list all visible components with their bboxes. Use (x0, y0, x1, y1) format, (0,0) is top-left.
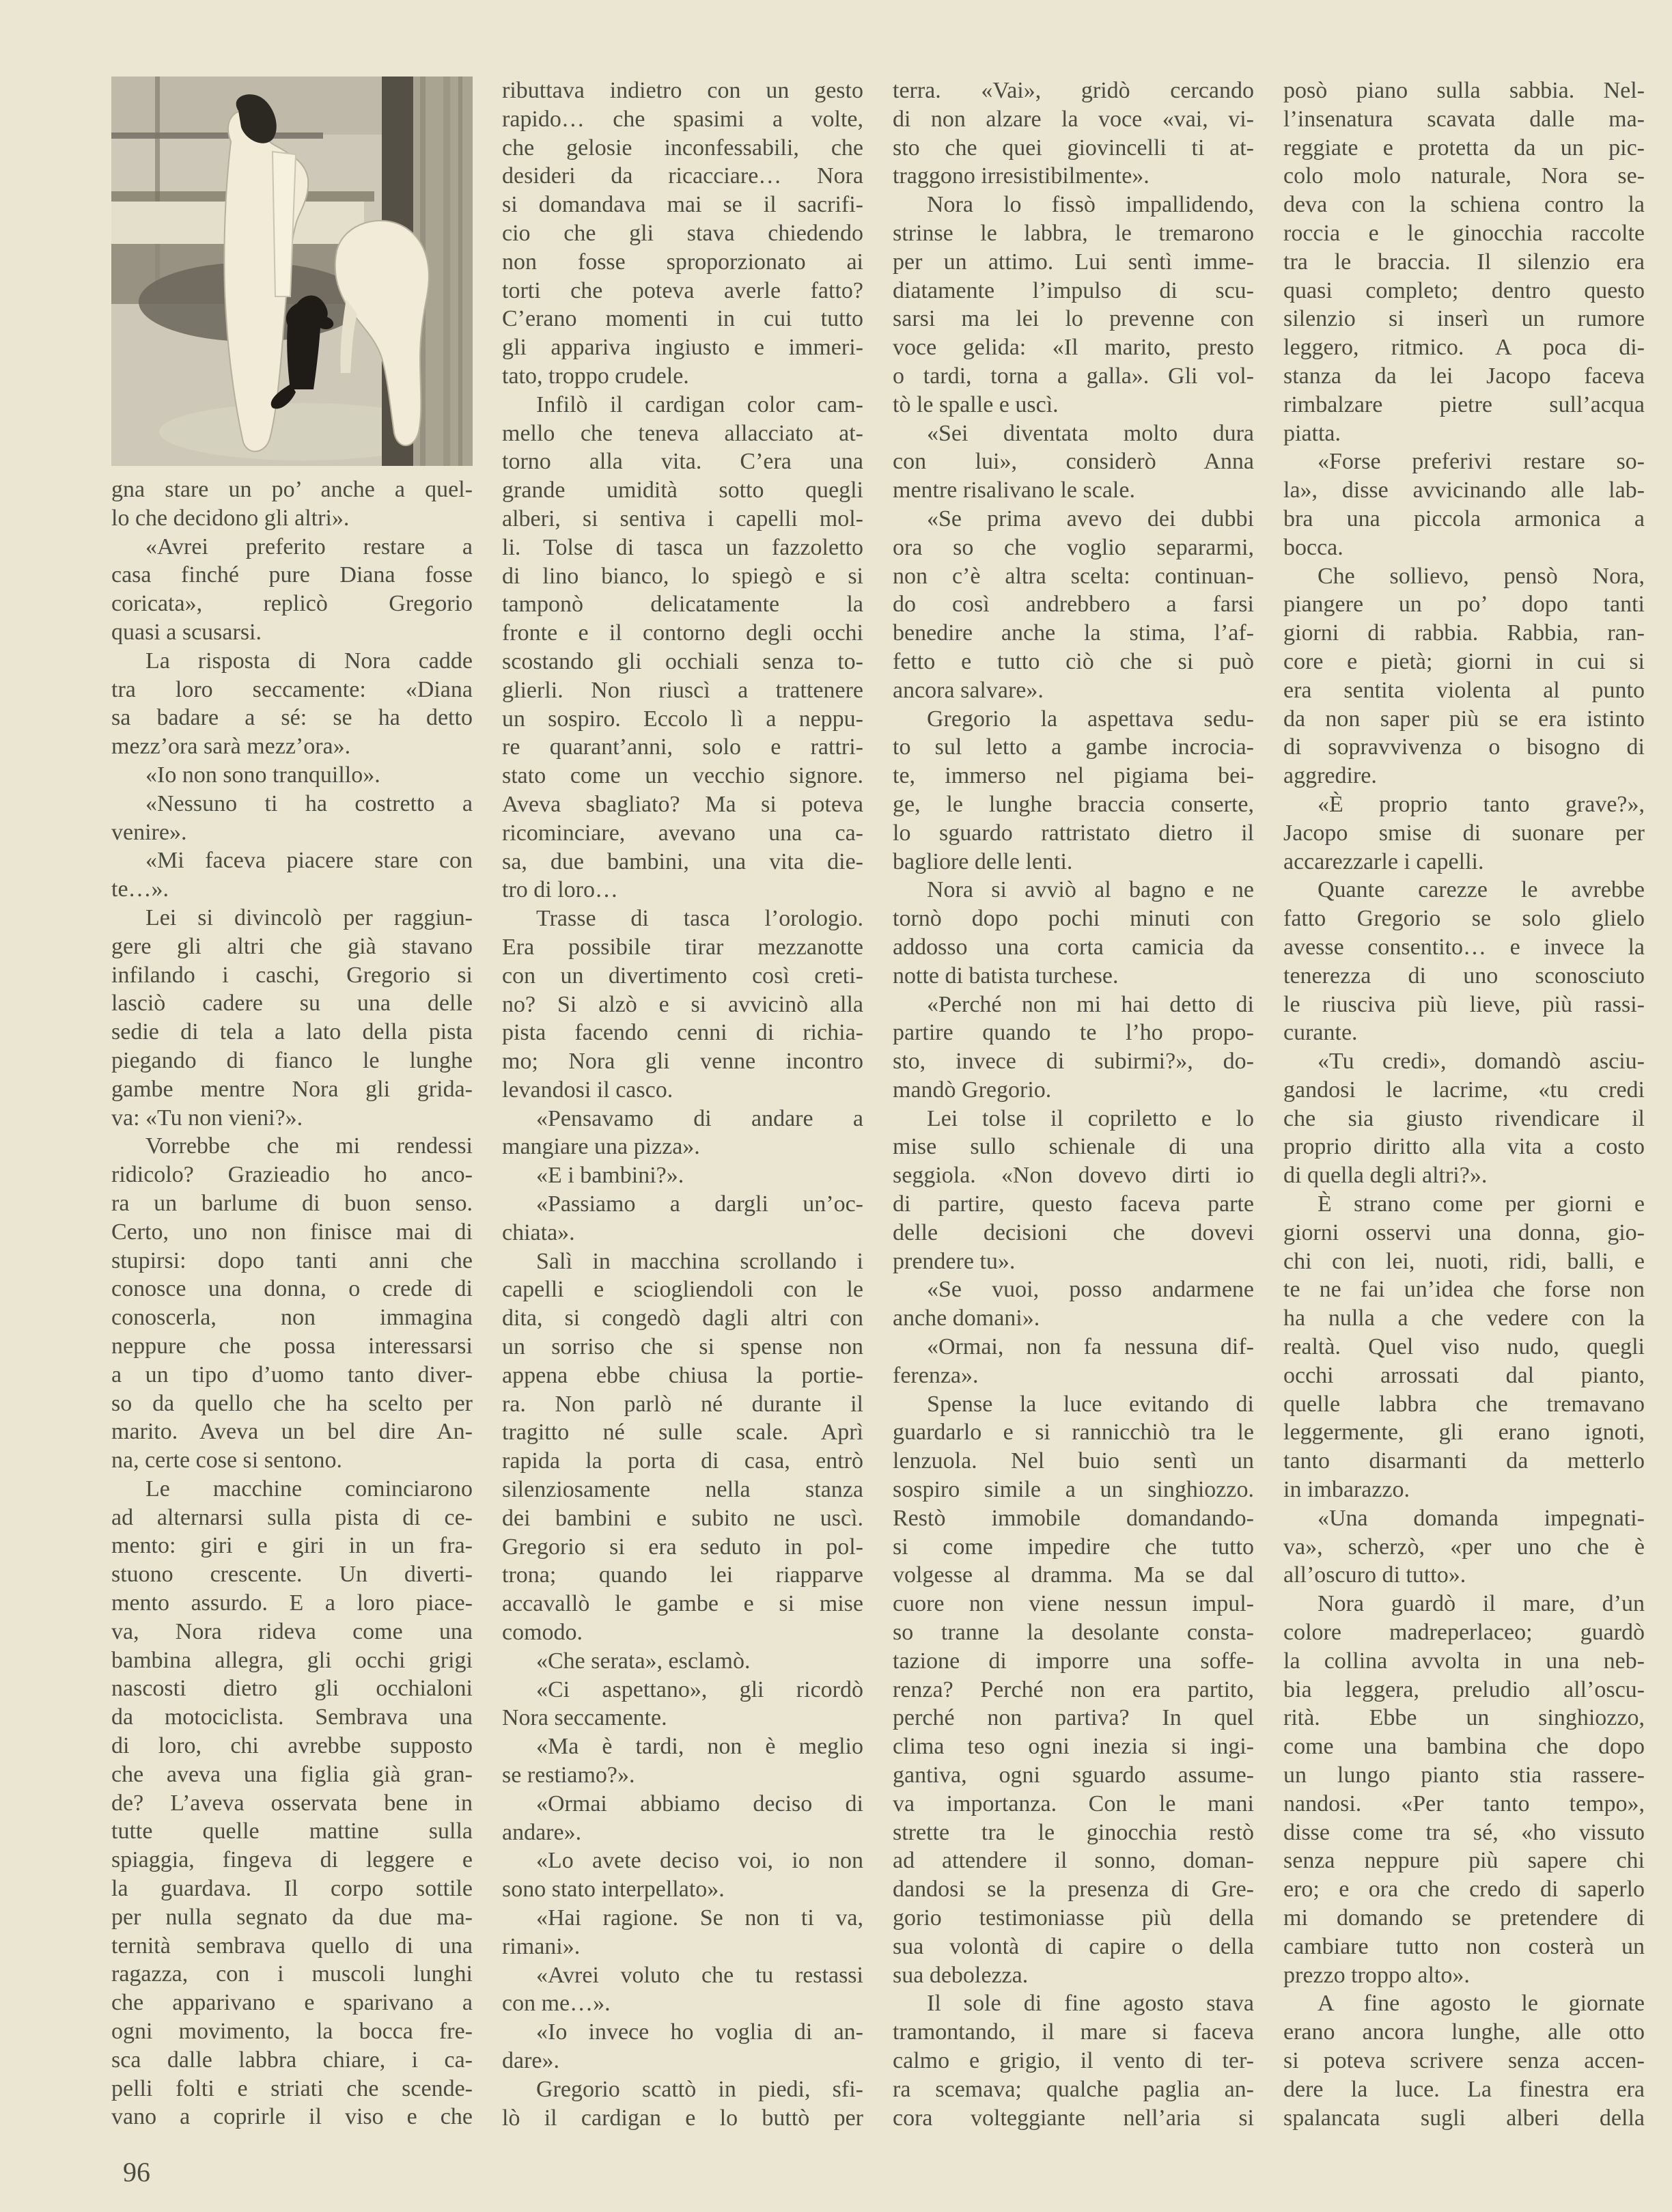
text-line: delle decisioni che dovevi (893, 1219, 1254, 1247)
text-line: fronte e il contorno degli occhi (502, 619, 863, 648)
text-line: accavallò le gambe e si mise (502, 1590, 863, 1618)
text-line: anche domani». (893, 1304, 1254, 1333)
text-line: neppure che possa interessarsi (111, 1332, 473, 1361)
text-line: renza? Perché non era partito, (893, 1676, 1254, 1704)
text-line: ge, le lunghe braccia conserte, (893, 790, 1254, 819)
text-line: «Una domanda impegnati- (1283, 1504, 1645, 1533)
text-line: un sorriso che si spense non (502, 1333, 863, 1361)
text-line: «Ormai, non fa nessuna dif- (893, 1333, 1254, 1361)
magazine-page: gna stare un po’ anche a quel-lo che dec… (0, 0, 1672, 2212)
text-line: Il sole di fine agosto stava (893, 1989, 1254, 2018)
column-2-text: ributtava indietro con un gestorapido… c… (502, 77, 863, 2132)
text-line: «Tu credi», domandò asciu- (1283, 1047, 1645, 1076)
text-line: tanto disarmanti da metterlo (1283, 1447, 1645, 1476)
text-line: tragitto né sulle scale. Aprì (502, 1418, 863, 1447)
text-line: di sopravvivenza o bisogno di (1283, 733, 1645, 762)
text-line: aggredire. (1283, 762, 1645, 790)
text-line: che apparivano e sparivano a (111, 1989, 473, 2017)
text-line: capelli e sciogliendoli con le (502, 1275, 863, 1304)
text-line: ad attendere il sonno, doman- (893, 1847, 1254, 1875)
text-line: do così andrebbero a farsi (893, 590, 1254, 619)
text-line: gere gli altri che già stavano (111, 932, 473, 961)
text-line: posò piano sulla sabbia. Nel- (1283, 77, 1645, 105)
text-line: la», disse avvicinando alle lab- (1283, 476, 1645, 505)
text-line: che gelosie inconfessabili, che (502, 134, 863, 163)
text-line: tò le spalle e uscì. (893, 391, 1254, 419)
text-line: «Pensavamo di andare a (502, 1105, 863, 1133)
text-line: sto, invece di subirmi?», do- (893, 1047, 1254, 1076)
text-line: quasi completo; dentro questo (1283, 277, 1645, 305)
text-line: silenzio si inserì un rumore (1283, 305, 1645, 333)
text-line: prezzo troppo alto». (1283, 1961, 1645, 1990)
text-line: piegando di fianco le lunghe (111, 1047, 473, 1075)
text-line: «E i bambini?». (502, 1161, 863, 1190)
text-line: diatamente l’impulso di scu- (893, 277, 1254, 305)
text-line: cambiare tutto non costerà un (1283, 1933, 1645, 1961)
text-line: clima teso ogni inezia si ingi- (893, 1732, 1254, 1761)
text-line: prendere tu». (893, 1247, 1254, 1276)
text-line: «Ormai abbiamo deciso di (502, 1790, 863, 1819)
text-line: occhi arrossati dal pianto, (1283, 1361, 1645, 1390)
text-line: «Avrei preferito restare a (111, 533, 473, 562)
column-3: terra. «Vai», gridò cercandodi non alzar… (893, 77, 1254, 2132)
text-line: da motociclista. Sembrava una (111, 1703, 473, 1732)
text-line: mo; Nora gli venne incontro (502, 1047, 863, 1076)
text-line: rimbalzare pietre sull’acqua (1283, 391, 1645, 419)
text-line: «Io invece ho voglia di an- (502, 2018, 863, 2047)
text-line: tato, troppo crudele. (502, 362, 863, 391)
text-line: Spense la luce evitando di (893, 1390, 1254, 1419)
text-line: un lungo pianto stia rassere- (1283, 1761, 1645, 1790)
text-line: proprio diritto alla vita a costo (1283, 1133, 1645, 1161)
text-line: le riusciva più lieve, più rassi- (1283, 991, 1645, 1019)
text-line: tutte quelle mattine sulla (111, 1817, 473, 1846)
text-line: te ne fai un’idea che forse non (1283, 1275, 1645, 1304)
text-line: lo sguardo rattristato dietro il (893, 819, 1254, 848)
text-line: Infilò il cardigan color cam- (502, 391, 863, 419)
text-line: ha nulla a che vedere con la (1283, 1304, 1645, 1333)
text-line: tro di loro… (502, 876, 863, 904)
text-line: mangiare una pizza». (502, 1133, 863, 1161)
story-illustration (111, 77, 473, 466)
text-line: tra loro seccamente: «Diana (111, 676, 473, 704)
text-line: era sentita violenta al punto (1283, 676, 1645, 705)
text-line: Le macchine cominciarono (111, 1475, 473, 1504)
text-line: trona; quando lei riapparve (502, 1561, 863, 1590)
text-line: Quante carezze le avrebbe (1283, 876, 1645, 904)
column-1: gna stare un po’ anche a quel-lo che dec… (111, 77, 473, 2132)
text-line: «Perché non mi hai detto di (893, 991, 1254, 1019)
text-line: nandosi. «Per tanto tempo», (1283, 1790, 1645, 1819)
text-line: roccia e le ginocchia raccolte (1283, 219, 1645, 248)
text-line: rimani». (502, 1933, 863, 1961)
text-line: cio che gli stava chiedendo (502, 219, 863, 248)
text-line: mento: giri e giri in un fra- (111, 1532, 473, 1560)
text-line: tramontando, il mare si faceva (893, 2018, 1254, 2047)
text-line: o tardi, torna a galla». Gli vol- (893, 362, 1254, 391)
text-line: dei bambini e subito ne uscì. (502, 1504, 863, 1533)
text-line: ragazza, con i muscoli lunghi (111, 1960, 473, 1989)
text-line: ributtava indietro con un gesto (502, 77, 863, 105)
text-line: sua debolezza. (893, 1961, 1254, 1990)
text-line: con un divertimento così creti- (502, 962, 863, 991)
text-line: Jacopo smise di suonare per (1283, 819, 1645, 848)
text-line: dare». (502, 2047, 863, 2075)
text-line: «Avrei voluto che tu restassi (502, 1961, 863, 1990)
text-line: va importanza. Con le mani (893, 1790, 1254, 1819)
text-line: si come impedire che tutto (893, 1533, 1254, 1562)
text-line: Nora seccamente. (502, 1704, 863, 1732)
text-line: di lino bianco, lo spiegò e si (502, 562, 863, 591)
text-line: sono stato interpellato». (502, 1875, 863, 1904)
column-3-text: terra. «Vai», gridò cercandodi non alzar… (893, 77, 1254, 2132)
text-line: grande umidità sotto quegli (502, 476, 863, 505)
text-line: comodo. (502, 1618, 863, 1647)
text-line: «Forse preferivi restare so- (1283, 447, 1645, 476)
text-line: ferenza». (893, 1361, 1254, 1390)
text-line: bocca. (1283, 534, 1645, 562)
column-4-text: posò piano sulla sabbia. Nel-l’insenatur… (1283, 77, 1645, 2132)
text-line: sua volontà di capire o della (893, 1933, 1254, 1961)
text-line: avesse consentito… e invece la (1283, 933, 1645, 962)
text-line: di quella degli altri?». (1283, 1161, 1645, 1190)
text-line: disse come tra sé, «ho vissuto (1283, 1819, 1645, 1847)
text-line: Salì in macchina scrollando i (502, 1247, 863, 1276)
text-line: piatta. (1283, 419, 1645, 448)
text-line: lo che decidono gli altri». (111, 504, 473, 533)
text-line: marito. Aveva un bel dire An- (111, 1418, 473, 1446)
text-line: un sospiro. Eccolo lì a neppu- (502, 705, 863, 734)
page-number: 96 (123, 2157, 150, 2187)
text-line: guardarlo e si rannicchiò tra le (893, 1418, 1254, 1447)
text-line: ora so che voglio separarmi, (893, 534, 1254, 562)
text-line: spiaggia, fingeva di leggere e (111, 1846, 473, 1875)
text-line: mento assurdo. E a loro piace- (111, 1589, 473, 1618)
text-line: in imbarazzo. (1283, 1476, 1645, 1504)
text-line: per nulla segnato da due ma- (111, 1903, 473, 1932)
text-line: rità. Ebbe un singhiozzo, (1283, 1704, 1645, 1732)
text-line: dere la luce. La finestra era (1283, 2075, 1645, 2104)
column-4: posò piano sulla sabbia. Nel-l’insenatur… (1283, 77, 1645, 2132)
text-line: lenzuola. Nel buio sentì un (893, 1447, 1254, 1476)
text-line: volgesse al dramma. Ma se dal (893, 1561, 1254, 1590)
text-line: sca dalle labbra chiare, i ca- (111, 2046, 473, 2075)
text-line: traggono irresistibilmente». (893, 162, 1254, 191)
text-line: ancora salvare». (893, 676, 1254, 705)
text-line: di partire, questo faceva parte (893, 1190, 1254, 1219)
text-line: di non alzare la voce «vai, vi- (893, 105, 1254, 134)
text-line: fetto e tutto ciò che si può (893, 648, 1254, 676)
text-line: reggiate e protetta da un pic- (1283, 134, 1645, 163)
text-line: «Se prima avevo dei dubbi (893, 505, 1254, 534)
text-line: sa badare a sé: se ha detto (111, 704, 473, 732)
text-line: casa finché pure Diana fosse (111, 561, 473, 590)
text-line: se restiamo?». (502, 1761, 863, 1790)
text-line: notte di batista turchese. (893, 962, 1254, 991)
text-line: chi con lei, nuoti, ridi, balli, e (1283, 1247, 1645, 1276)
text-line: sedie di tela a lato della pista (111, 1018, 473, 1047)
text-line: Che sollievo, pensò Nora, (1283, 562, 1645, 591)
text-line: vano a coprirle il viso e che (111, 2103, 473, 2131)
text-line: to sul letto a gambe incrocia- (893, 733, 1254, 762)
text-line: levandosi il casco. (502, 1076, 863, 1105)
text-line: si poteva scrivere senza accen- (1283, 2047, 1645, 2075)
text-line: giorni osservi una donna, gio- (1283, 1219, 1645, 1247)
text-line: nascosti dietro gli occhialoni (111, 1674, 473, 1703)
text-line: «Se vuoi, posso andarmene (893, 1275, 1254, 1304)
text-line: cora volteggiante nell’aria si (893, 2104, 1254, 2133)
text-line: Gregorio scattò in piedi, sfi- (502, 2075, 863, 2104)
text-line: «Ci aspettano», gli ricordò (502, 1676, 863, 1704)
text-line: cuore non viene nessun impul- (893, 1590, 1254, 1618)
text-line: come una bambina che dopo (1283, 1732, 1645, 1761)
text-line: colo molo naturale, Nora se- (1283, 162, 1645, 191)
text-line: scostando gli occhiali senza to- (502, 648, 863, 676)
text-line: per un attimo. Lui sentì imme- (893, 248, 1254, 277)
text-line: terra. «Vai», gridò cercando (893, 77, 1254, 105)
text-line: dita, si congedò dagli altri con (502, 1304, 863, 1333)
text-line: calmo e grigio, il vento di ter- (893, 2047, 1254, 2075)
text-line: Nora lo fissò impallidendo, (893, 191, 1254, 219)
text-line: Lei tolse il copriletto e lo (893, 1105, 1254, 1133)
text-line: giorni di rabbia. Rabbia, ran- (1283, 619, 1645, 648)
text-line: gandosi le lacrime, «tu credi (1283, 1076, 1645, 1105)
text-line: li. Tolse di tasca un fazzoletto (502, 534, 863, 562)
text-line: tra le braccia. Il silenzio era (1283, 248, 1645, 277)
text-line: gantiva, ogni sguardo assume- (893, 1761, 1254, 1790)
text-line: A fine agosto le giornate (1283, 1989, 1645, 2018)
text-line: colore madreperlaceo; guardò (1283, 1618, 1645, 1647)
text-line: bia leggera, preludio all’oscu- (1283, 1676, 1645, 1704)
text-line: Restò immobile domandando- (893, 1504, 1254, 1533)
text-line: tenerezza di uno sconosciuto (1283, 962, 1645, 991)
text-line: la guardava. Il corpo sottile (111, 1875, 473, 1903)
text-line: tazione di imporre una soffe- (893, 1647, 1254, 1676)
text-line: quelle labbra che tremavano (1283, 1390, 1645, 1419)
text-line: tamponò delicatamente la (502, 590, 863, 619)
text-line: gli appariva ingiusto e immeri- (502, 333, 863, 362)
text-line: torno alla vita. C’era una (502, 447, 863, 476)
text-line: chiata». (502, 1219, 863, 1247)
text-line: ra un barlume di buon senso. (111, 1189, 473, 1218)
text-line: Nora si avviò al bagno e ne (893, 876, 1254, 904)
text-line: con me…». (502, 1989, 863, 2018)
text-line: bra una piccola armonica a (1283, 505, 1645, 534)
text-line: sto che quei giovincelli ti at- (893, 134, 1254, 163)
text-line: andare». (502, 1819, 863, 1847)
text-line: mandò Gregorio. (893, 1076, 1254, 1105)
text-line: ricominciare, avevano una ca- (502, 819, 863, 848)
text-line: silenziosamente nella stanza (502, 1476, 863, 1504)
text-line: «È proprio tanto grave?», (1283, 790, 1645, 819)
text-line: all’oscuro di tutto». (1283, 1561, 1645, 1590)
text-line: gambe mentre Nora gli grida- (111, 1075, 473, 1104)
text-line: torti che poteva averle fatto? (502, 277, 863, 305)
text-line: «Lo avete deciso voi, io non (502, 1847, 863, 1875)
text-line: Gregorio si era seduto in pol- (502, 1533, 863, 1562)
text-line: mi domando se pretendere di (1283, 1904, 1645, 1933)
text-line: ero; e ora che credo di saperlo (1283, 1875, 1645, 1904)
text-line: va, Nora rideva come una (111, 1618, 473, 1646)
text-line: piangere un po’ dopo tanti (1283, 590, 1645, 619)
text-line: gna stare un po’ anche a quel- (111, 475, 473, 504)
text-line: pista facendo cenni di richia- (502, 1019, 863, 1047)
text-line: strinse le labbra, le tremarono (893, 219, 1254, 248)
text-line: deva con la schiena contro la (1283, 191, 1645, 219)
text-line: l’insenatura scavata dalle ma- (1283, 105, 1645, 134)
text-line: mezz’ora sarà mezz’ora». (111, 732, 473, 761)
text-line: accarezzarle i capelli. (1283, 848, 1645, 876)
text-line: C’erano momenti in cui tutto (502, 305, 863, 333)
text-line: «Mi faceva piacere stare con (111, 846, 473, 875)
text-line: spalancata sugli alberi della (1283, 2104, 1645, 2133)
text-line: te, immerso nel pigiama bei- (893, 762, 1254, 790)
text-line: ra. Non parlò né durante il (502, 1390, 863, 1419)
column-2: ributtava indietro con un gestorapido… c… (502, 77, 863, 2132)
text-line: te…». (111, 875, 473, 904)
text-line: va: «Tu non vieni?». (111, 1104, 473, 1133)
text-line: La risposta di Nora cadde (111, 647, 473, 676)
text-line: conosce una donna, o crede di (111, 1275, 473, 1303)
text-line: non c’è altra scelta: continuan- (893, 562, 1254, 591)
text-line: seggiola. «Non dovevo dirti io (893, 1161, 1254, 1190)
text-line: lò il cardigan e lo buttò per (502, 2104, 863, 2133)
text-line: È strano come per giorni e (1283, 1190, 1645, 1219)
text-line: appena ebbe chiusa la portie- (502, 1361, 863, 1390)
text-line: venire». (111, 818, 473, 847)
text-line: benedire anche la stima, l’af- (893, 619, 1254, 648)
text-line: leggermente, gli erano ignoti, (1283, 1418, 1645, 1447)
text-line: sarsi ma lei lo prevenne con (893, 305, 1254, 333)
text-line: sa, due bambini, una vita die- (502, 848, 863, 876)
text-line: mentre risalivano le scale. (893, 476, 1254, 505)
column-1-text: gna stare un po’ anche a quel-lo che dec… (111, 475, 473, 2131)
text-line: rapido… che spasimi a volte, (502, 105, 863, 134)
text-line: core e pietà; giorni in cui si (1283, 648, 1645, 676)
text-line: ra scemava; qualche paglia an- (893, 2075, 1254, 2104)
text-columns: gna stare un po’ anche a quel-lo che dec… (111, 77, 1645, 2132)
text-line: sospiro simile a un singhiozzo. (893, 1476, 1254, 1504)
text-line: gorio testimoniasse più della (893, 1904, 1254, 1933)
text-line: alberi, si sentiva i capelli mol- (502, 505, 863, 534)
text-line: perché non partiva? In quel (893, 1704, 1254, 1732)
text-line: curante. (1283, 1019, 1645, 1047)
text-line: tornò dopo pochi minuti con (893, 904, 1254, 933)
text-line: ridicolo? Grazieadio ho anco- (111, 1161, 473, 1189)
text-line: Era possibile tirar mezzanotte (502, 933, 863, 962)
text-line: stuono crescente. Un diverti- (111, 1560, 473, 1589)
text-line: ad alternarsi sulla pista di ce- (111, 1504, 473, 1532)
text-line: la collina avvolta in una neb- (1283, 1647, 1645, 1676)
text-line: ogni movimento, la bocca fre- (111, 2017, 473, 2046)
text-line: erano ancora lunghe, alle otto (1283, 2018, 1645, 2047)
text-line: quasi a scusarsi. (111, 618, 473, 647)
text-line: coricata», replicò Gregorio (111, 590, 473, 618)
text-line: «Sei diventata molto dura (893, 419, 1254, 448)
text-line: glierli. Non riuscì a trattenere (502, 676, 863, 705)
text-line: lasciò cadere su una delle (111, 989, 473, 1018)
text-line: na, certe cose si sentono. (111, 1446, 473, 1475)
text-line: «Passiamo a dargli un’oc- (502, 1190, 863, 1219)
text-line: «Io non sono tranquillo». (111, 761, 473, 790)
text-line: di loro, chi avrebbe supposto (111, 1732, 473, 1760)
text-line: non fosse sproporzionato ai (502, 248, 863, 277)
text-line: Nora guardò il mare, d’un (1283, 1590, 1645, 1618)
text-line: mise sullo schienale di una (893, 1133, 1254, 1161)
text-line: bambina allegra, gli occhi grigi (111, 1646, 473, 1675)
text-line: re quarant’anni, solo e rattri- (502, 733, 863, 762)
text-line: no? Si alzò e si avvicinò alla (502, 991, 863, 1019)
text-line: desideri da ricacciare… Nora (502, 162, 863, 191)
text-line: va», scherzò, «per uno che è (1283, 1533, 1645, 1562)
text-line: «Che serata», esclamò. (502, 1647, 863, 1676)
text-line: si domandava mai se il sacrifi- (502, 191, 863, 219)
text-line: «Hai ragione. Se non ti va, (502, 1904, 863, 1933)
text-line: da non saper più se era istinto (1283, 705, 1645, 734)
text-line: «Ma è tardi, non è meglio (502, 1732, 863, 1761)
text-line: Lei si divincolò per raggiun- (111, 904, 473, 932)
text-line: rapida la porta di casa, entrò (502, 1447, 863, 1476)
text-line: strette tra le ginocchia restò (893, 1819, 1254, 1847)
text-line: Vorrebbe che mi rendessi (111, 1132, 473, 1161)
text-line: ternità sembrava quello di una (111, 1932, 473, 1961)
text-line: Certo, uno non finisce mai di (111, 1218, 473, 1247)
text-line: che sia giusto rivendicare il (1283, 1105, 1645, 1133)
text-line: addosso una corta camicia da (893, 933, 1254, 962)
text-line: stato come un vecchio signore. (502, 762, 863, 790)
text-line: dandosi se la presenza di Gre- (893, 1875, 1254, 1904)
text-line: stanza da lei Jacopo faceva (1283, 362, 1645, 391)
text-line: stupirsi: dopo tanti anni che (111, 1247, 473, 1275)
text-line: con lui», considerò Anna (893, 447, 1254, 476)
text-line: fatto Gregorio se solo glielo (1283, 904, 1645, 933)
text-line: a un tipo d’uomo tanto diver- (111, 1361, 473, 1390)
text-line: senza neppure più sapere chi (1283, 1847, 1645, 1875)
text-line: voce gelida: «Il marito, presto (893, 333, 1254, 362)
text-line: mello che teneva allacciato at- (502, 419, 863, 448)
text-line: leggero, ritmico. A poca di- (1283, 333, 1645, 362)
text-line: partire quando te l’ho propo- (893, 1019, 1254, 1047)
text-line: Aveva sbagliato? Ma si poteva (502, 790, 863, 819)
text-line: so da quello che ha scelto per (111, 1390, 473, 1418)
text-line: Trasse di tasca l’orologio. (502, 904, 863, 933)
text-line: conoscerla, non immagina (111, 1303, 473, 1332)
text-line: so tranne la desolante consta- (893, 1618, 1254, 1647)
text-line: infilando i caschi, Gregorio si (111, 961, 473, 990)
text-line: bagliore delle lenti. (893, 848, 1254, 876)
text-line: Gregorio la aspettava sedu- (893, 705, 1254, 734)
text-line: realtà. Quel viso nudo, quegli (1283, 1333, 1645, 1361)
text-line: de? L’aveva osservata bene in (111, 1789, 473, 1818)
text-line: «Nessuno ti ha costretto a (111, 790, 473, 818)
text-line: pelli folti e striati che scende- (111, 2075, 473, 2103)
text-line: che aveva una figlia già gran- (111, 1760, 473, 1789)
